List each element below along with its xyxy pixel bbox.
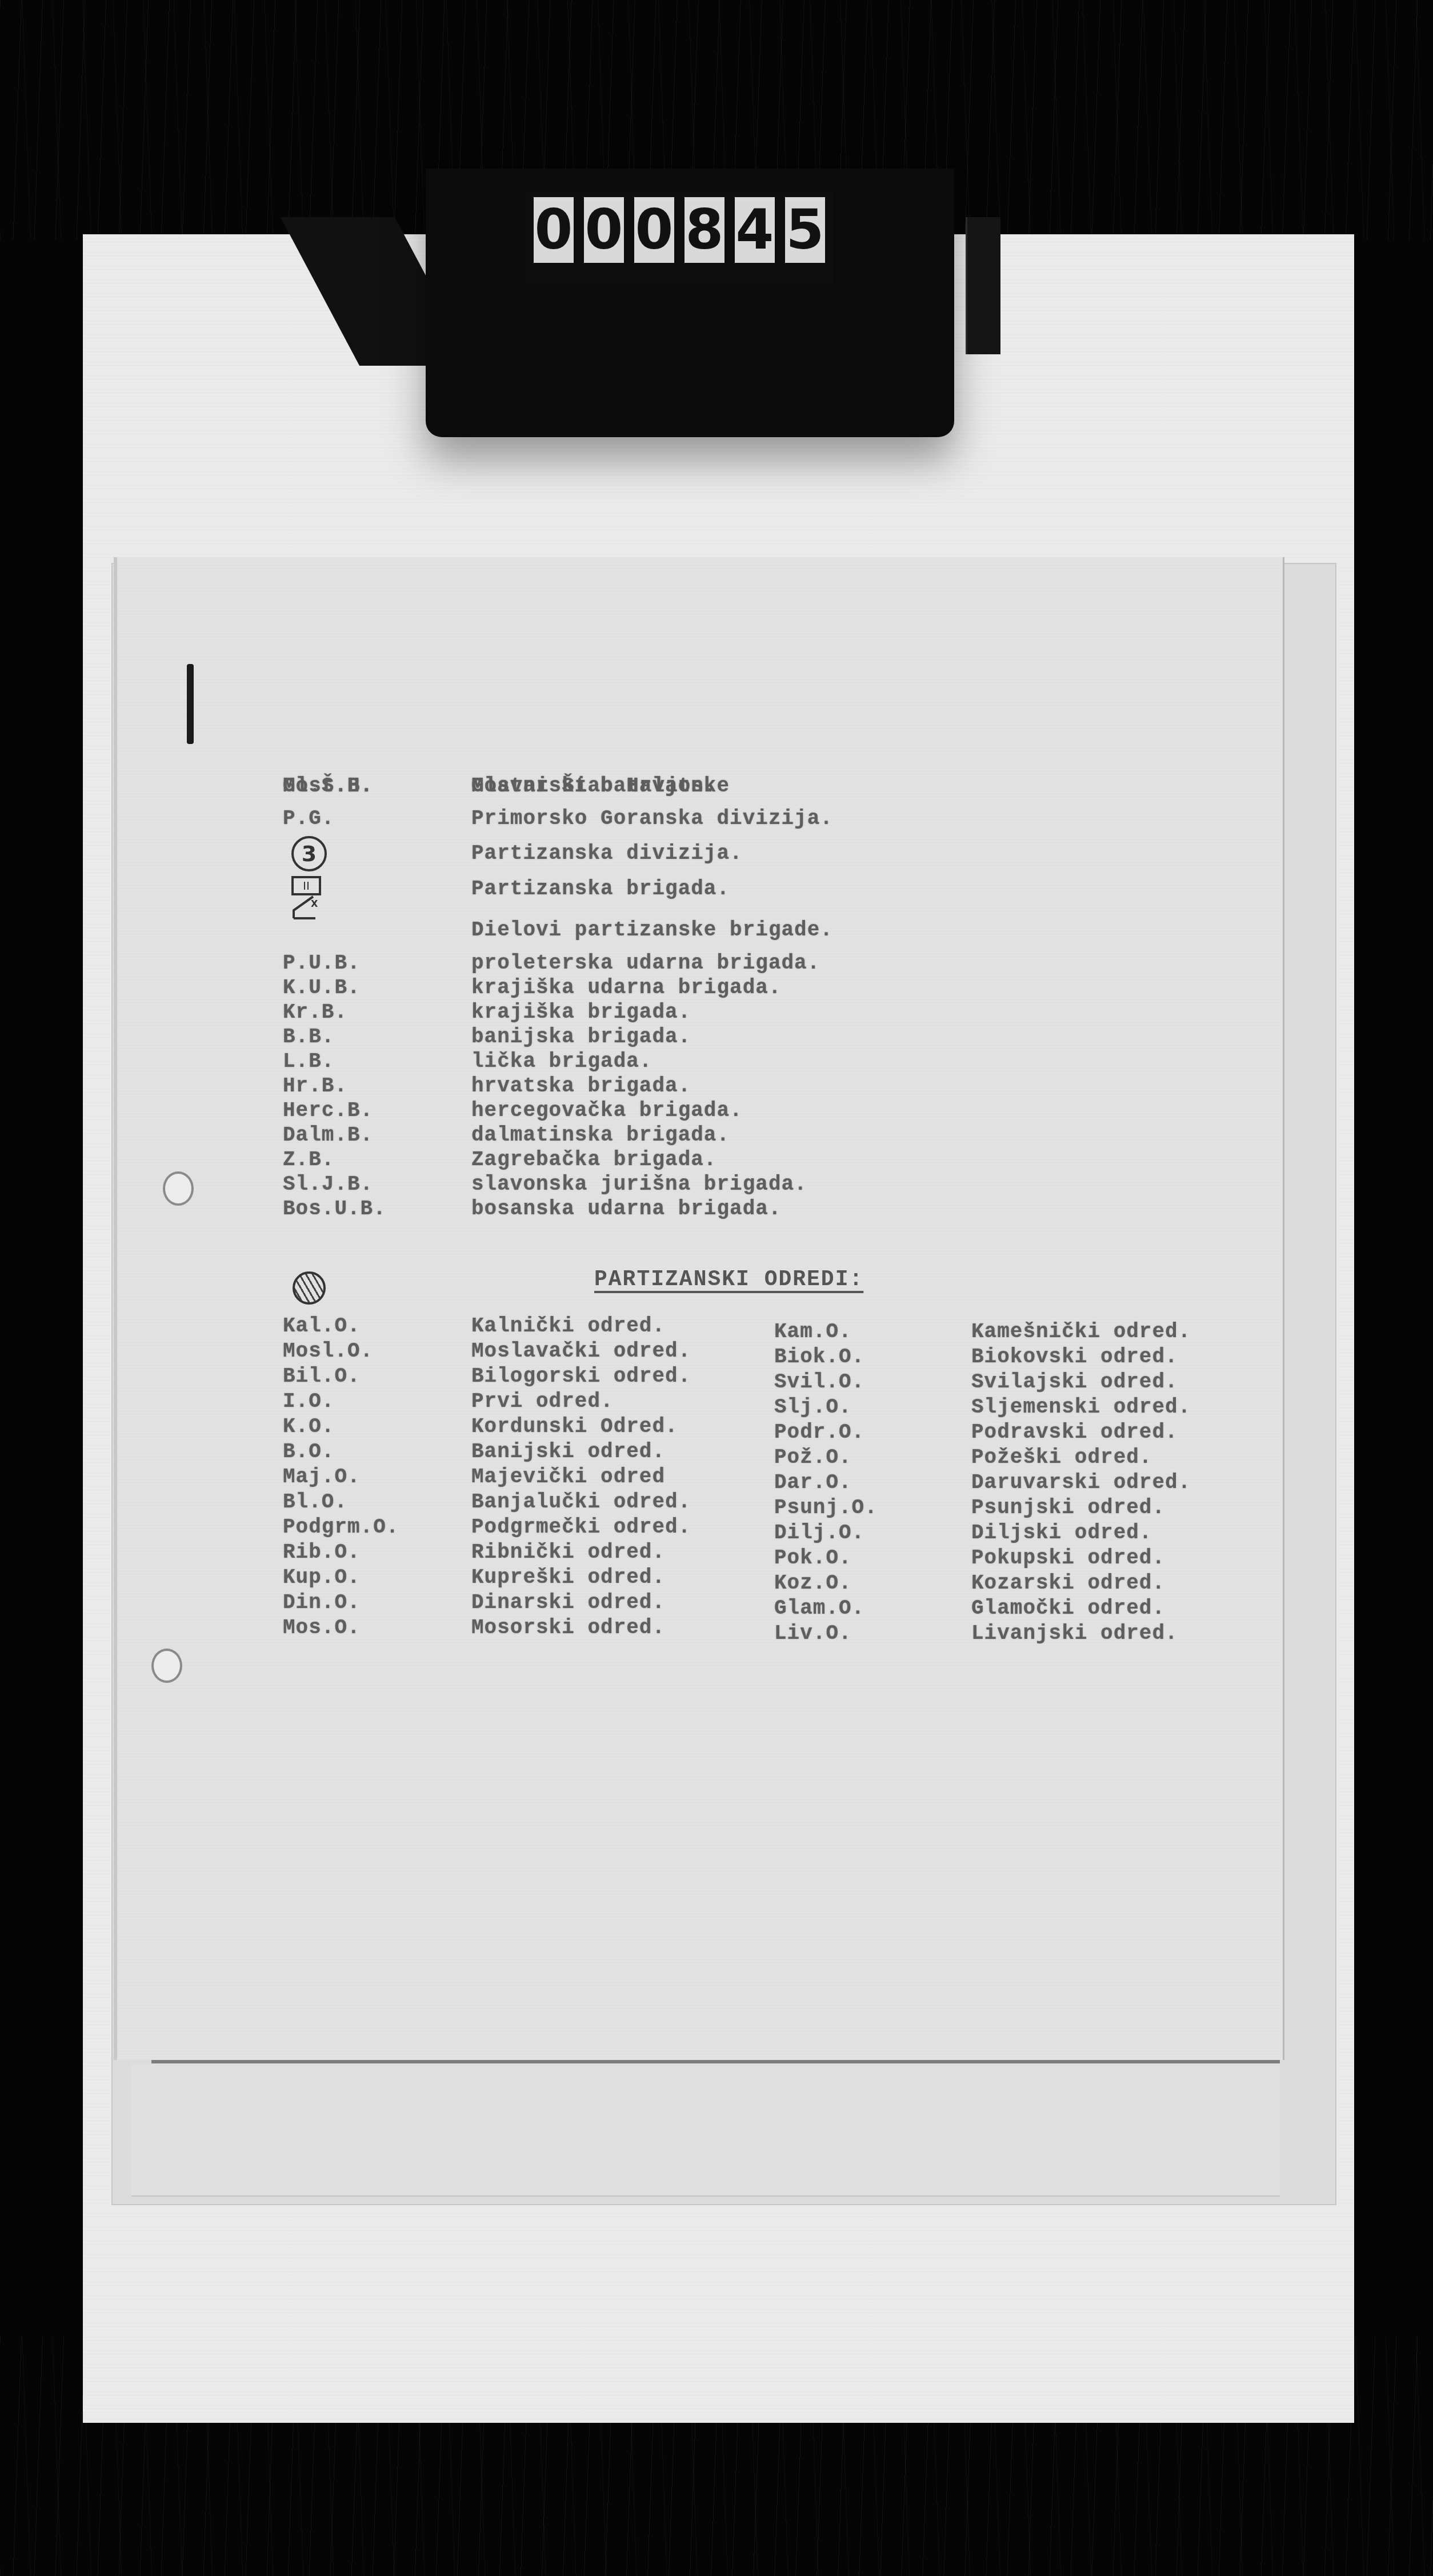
counter-digit: 0 [584, 197, 624, 263]
detachment-abbreviation: Svil.O. [774, 1370, 864, 1394]
legend-abbreviation: Hr.B. [283, 1074, 347, 1098]
detachment-name: Biokovski odred. [971, 1345, 1178, 1369]
detachment-name: Moslavački odred. [471, 1339, 691, 1363]
detachment-name: Banjalučki odred. [471, 1490, 691, 1514]
detachment-abbreviation: B.O. [283, 1440, 334, 1463]
detachment-abbreviation: Psunj.O. [774, 1496, 878, 1519]
detachment-abbreviation: Pok.O. [774, 1546, 852, 1570]
legend-abbreviation: L.B. [283, 1050, 334, 1073]
detachment-name: Kamešnički odred. [971, 1320, 1191, 1343]
detachment-name: Psunjski odred. [971, 1496, 1165, 1519]
detachment-abbreviation: Dilj.O. [774, 1521, 864, 1545]
detachment-name: Bilogorski odred. [471, 1365, 691, 1388]
detachment-abbreviation: Mos.O. [283, 1616, 361, 1639]
legend-description: Partizanska divizija. [471, 842, 743, 865]
detachment-abbreviation: Kup.O. [283, 1566, 361, 1589]
detachment-name: Ribnički odred. [471, 1541, 665, 1564]
detachment-name: Pokupski odred. [971, 1546, 1165, 1570]
legend-description: hrvatska brigada. [471, 1074, 691, 1098]
legend-description: lička brigada. [471, 1050, 652, 1073]
detachment-abbreviation: Pož.O. [774, 1446, 852, 1469]
legend-description: krajiška brigada. [471, 1001, 691, 1024]
detachment-abbreviation: Podgrm.O. [283, 1515, 399, 1539]
detachment-name: Diljski odred. [971, 1521, 1152, 1545]
legend-abbreviation: P.G. [283, 807, 334, 830]
frame-counter-readout: 000845 [526, 191, 833, 283]
detachment-name: Glamočki odred. [971, 1597, 1165, 1620]
legend-description: Partizanska brigada. [471, 877, 730, 901]
legend-description: bosanska udarna brigada. [471, 1197, 781, 1221]
legend-description: slavonska jurišna brigada. [471, 1173, 807, 1196]
detachment-abbreviation: Slj.O. [774, 1395, 852, 1419]
detachment-name: Banijski odred. [471, 1440, 665, 1463]
detachment-name: Prvi odred. [471, 1390, 614, 1413]
detachment-name: Daruvarski odred. [971, 1471, 1191, 1494]
division-circle-icon: 3 [291, 836, 327, 871]
detachment-abbreviation: Bl.O. [283, 1490, 347, 1514]
detachment-abbreviation: Dar.O. [774, 1471, 852, 1494]
legend-description: proleterska udarna brigada. [471, 951, 820, 975]
brigade-part-triangle-icon: X [291, 893, 320, 921]
detachment-hatched-circle-icon [293, 1271, 326, 1305]
detachment-name: Livanjski odred. [971, 1622, 1178, 1645]
detachment-abbreviation: Bil.O. [283, 1365, 361, 1388]
legend-description: hercegovačka brigada. [471, 1099, 743, 1122]
detachment-abbreviation: Kam.O. [774, 1320, 852, 1343]
detachment-abbreviation: Kal.O. [283, 1314, 361, 1338]
detachment-name: Podgrmečki odred. [471, 1515, 691, 1539]
legend-abbreviation: B.B. [283, 1025, 334, 1049]
detachment-name: Podravski odred. [971, 1421, 1178, 1444]
lower-sheet [131, 2064, 1280, 2197]
detachment-name: Požeški odred. [971, 1446, 1152, 1469]
detachment-name: Dinarski odred. [471, 1591, 665, 1614]
detachment-abbreviation: Mosl.O. [283, 1339, 373, 1363]
legend-abbreviation: Dalm.B. [283, 1123, 373, 1147]
counter-digit: 4 [735, 197, 775, 263]
legend-abbreviation: Most.B. [283, 774, 373, 798]
detachment-name: Kupreški odred. [471, 1566, 665, 1589]
svg-text:X: X [311, 898, 318, 909]
handwritten-page-mark [187, 664, 194, 744]
punch-hole-icon [163, 1171, 194, 1206]
detachment-name: Kalnički odred. [471, 1314, 665, 1338]
detachment-name: Sljemenski odred. [971, 1395, 1191, 1419]
counter-digit: 0 [634, 197, 674, 263]
legend-description: banijska brigada. [471, 1025, 691, 1049]
legend-abbreviation: P.U.B. [283, 951, 361, 975]
detachment-abbreviation: Koz.O. [774, 1571, 852, 1595]
legend-description: dalmatinska brigada. [471, 1123, 730, 1147]
legend-abbreviation: K.U.B. [283, 976, 361, 999]
counter-knob-icon [966, 217, 1000, 354]
detachment-abbreviation: Din.O. [283, 1591, 361, 1614]
detachment-name: Svilajski odred. [971, 1370, 1178, 1394]
counter-digit: 5 [785, 197, 825, 263]
detachment-name: Mosorski odred. [471, 1616, 665, 1639]
legend-description: Mostarski bataljon. [471, 774, 716, 798]
legend-description: krajiška udarna brigada. [471, 976, 781, 999]
detachment-abbreviation: Glam.O. [774, 1597, 864, 1620]
detachment-name: Kozarski odred. [971, 1571, 1165, 1595]
detachment-abbreviation: Biok.O. [774, 1345, 864, 1369]
detachment-abbreviation: I.O. [283, 1390, 334, 1413]
legend-description: Zagrebačka brigada. [471, 1148, 716, 1171]
legend-abbreviation: Herc.B. [283, 1099, 373, 1122]
legend-abbreviation: Z.B. [283, 1148, 334, 1171]
legend-abbreviation: Bos.U.B. [283, 1197, 386, 1221]
legend-description: Primorsko Goranska divizija. [471, 807, 833, 830]
section-title: PARTIZANSKI ODREDI: [594, 1267, 863, 1292]
detachment-abbreviation: Podr.O. [774, 1421, 864, 1444]
detachment-name: Kordunski Odred. [471, 1415, 678, 1438]
brigade-rectangle-icon: II [291, 876, 321, 895]
legend-abbreviation: Kr.B. [283, 1001, 347, 1024]
detachment-abbreviation: Rib.O. [283, 1541, 361, 1564]
detachment-abbreviation: Maj.O. [283, 1465, 361, 1489]
counter-digit: 0 [534, 197, 574, 263]
detachment-abbreviation: Liv.O. [774, 1622, 852, 1645]
legend-description: Dielovi partizanske brigade. [471, 918, 833, 942]
detachment-abbreviation: K.O. [283, 1415, 334, 1438]
punch-hole-icon [151, 1649, 182, 1683]
counter-digit: 8 [685, 197, 724, 263]
detachment-name: Majevički odred [471, 1465, 665, 1489]
legend-abbreviation: Sl.J.B. [283, 1173, 373, 1196]
sheet-edge-rule [151, 2060, 1280, 2063]
